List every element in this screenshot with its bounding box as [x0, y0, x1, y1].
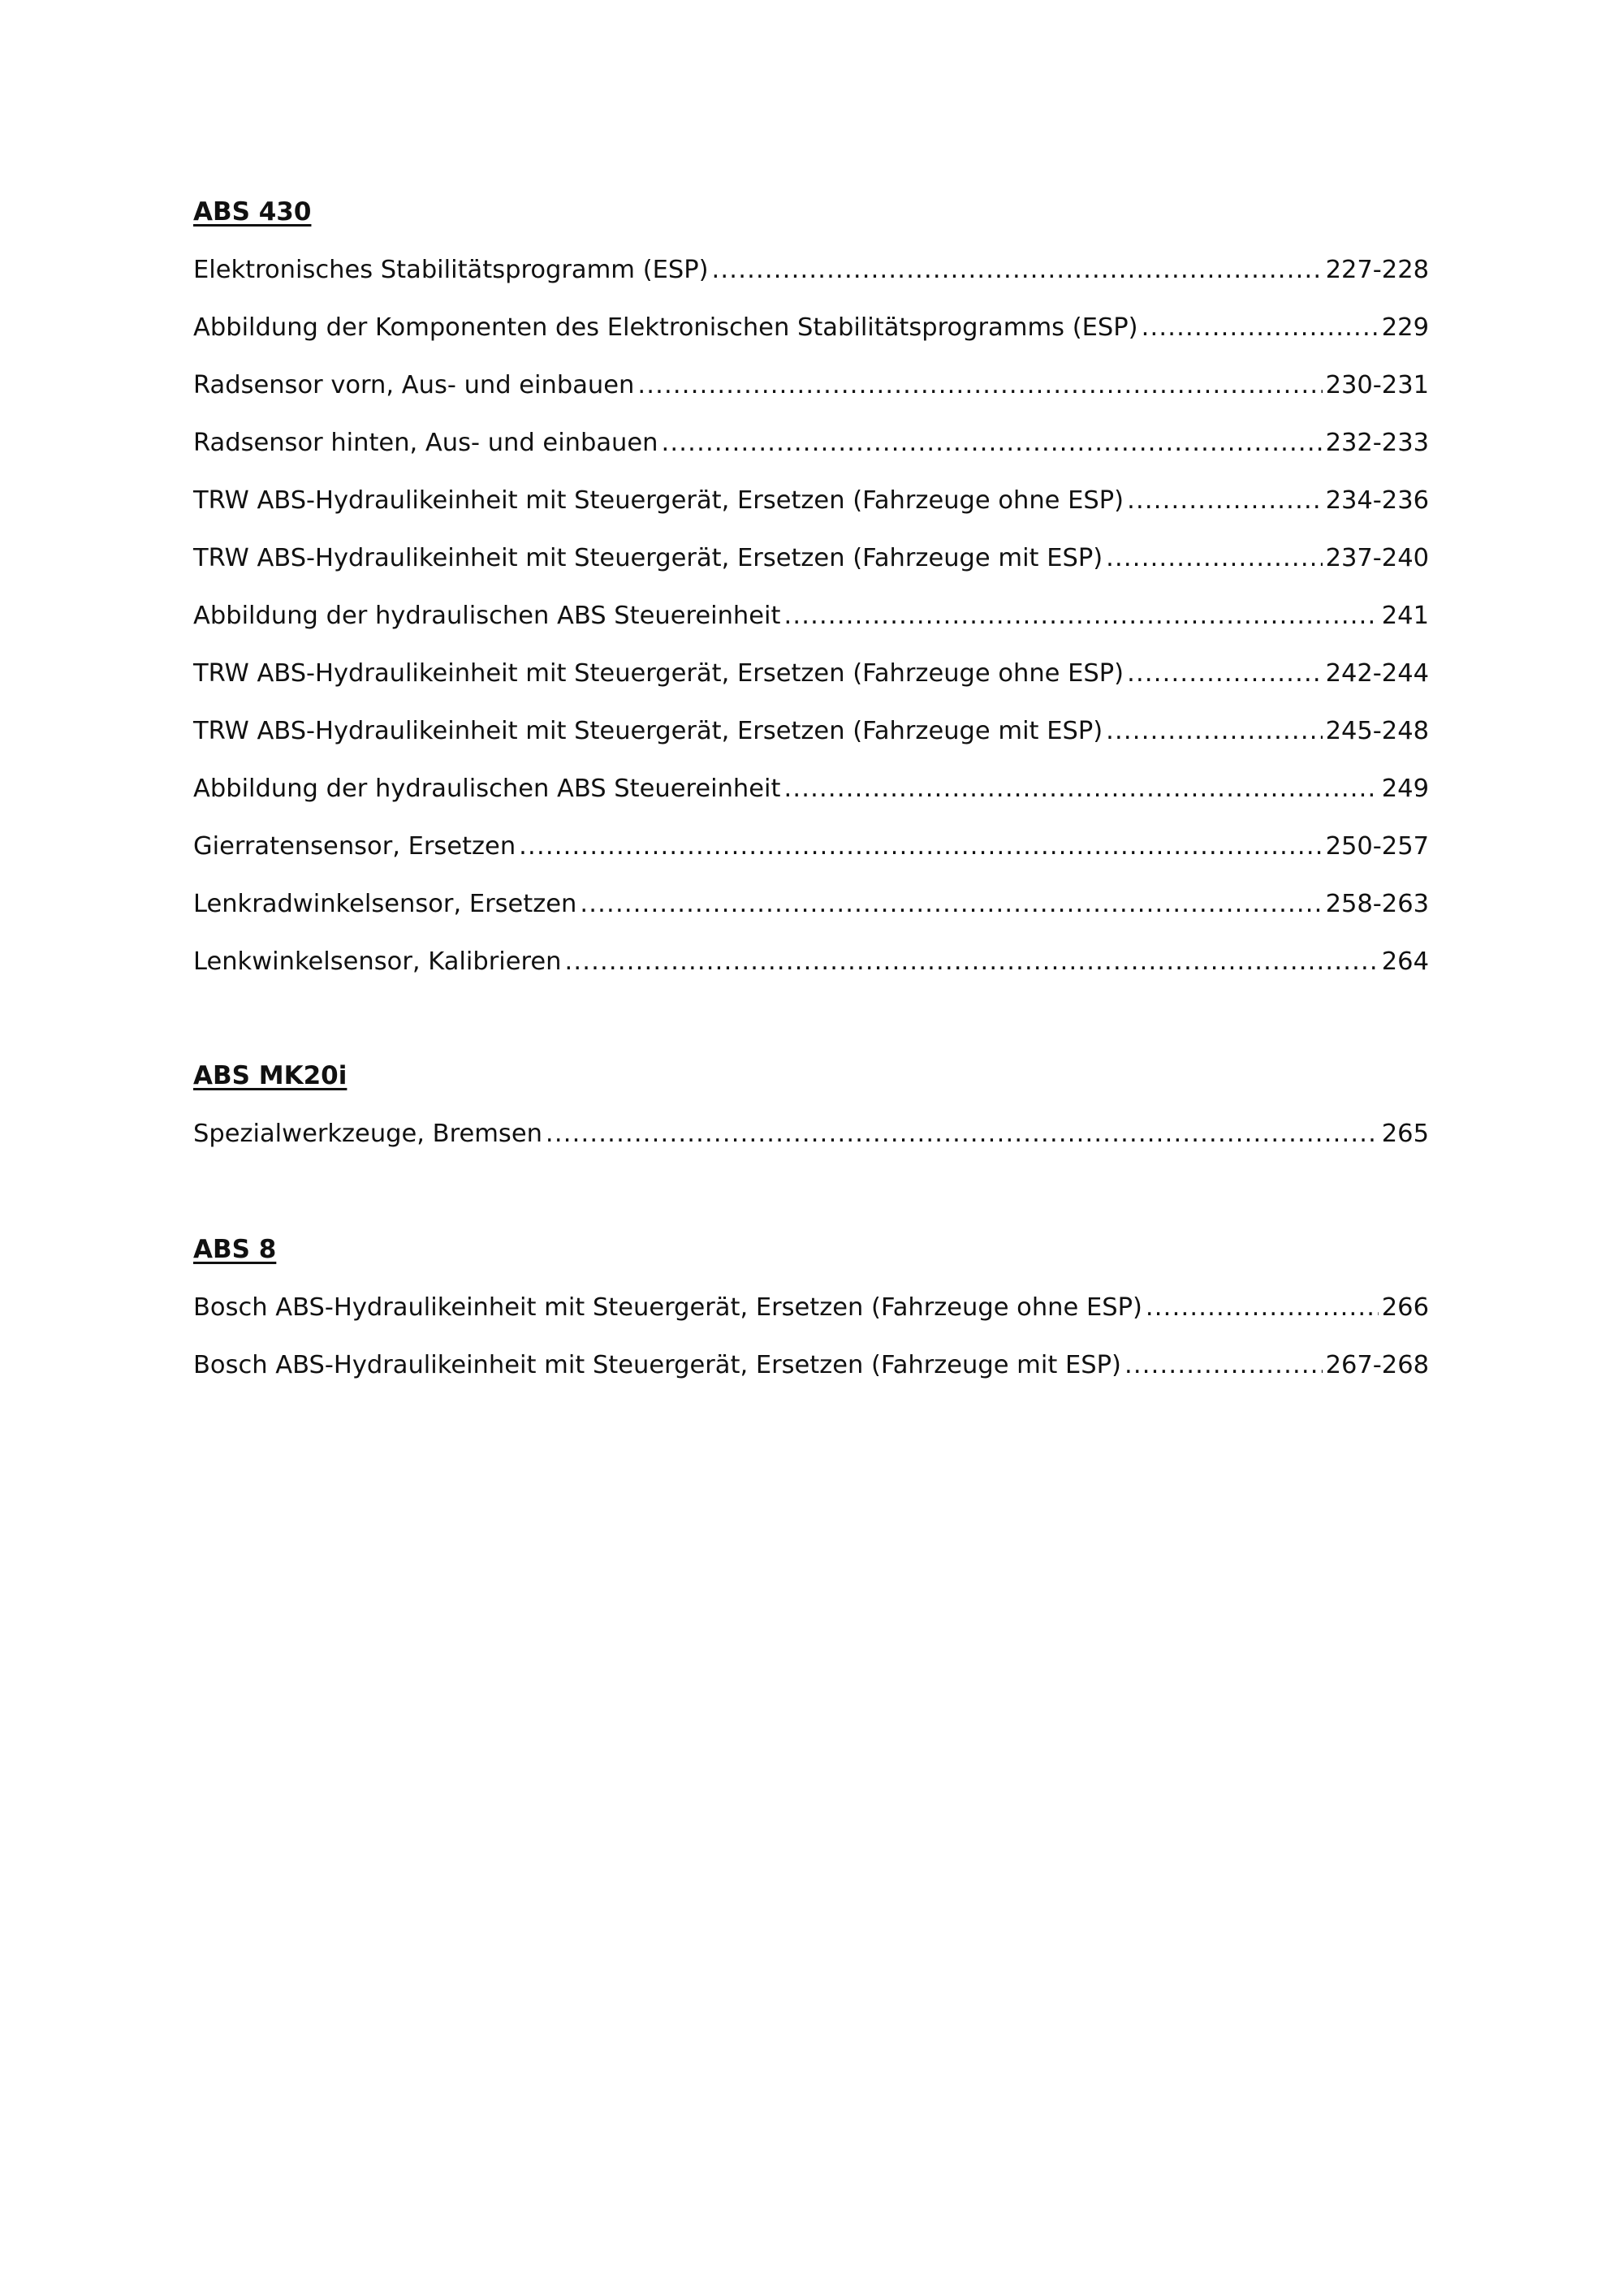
toc-entry[interactable]: TRW ABS-Hydraulikeinheit mit Steuergerät… [193, 546, 1429, 572]
toc-entry-title: TRW ABS-Hydraulikeinheit mit Steuergerät… [193, 719, 1103, 744]
toc-entry-pages: 266 [1382, 1296, 1429, 1321]
toc-entry-pages: 265 [1382, 1122, 1429, 1147]
toc-entry-pages: 230-231 [1326, 373, 1429, 399]
toc-entry[interactable]: TRW ABS-Hydraulikeinheit mit Steuergerät… [193, 662, 1429, 687]
dot-leader [564, 950, 1378, 975]
toc-entry-title: Abbildung der Komponenten des Elektronis… [193, 316, 1138, 341]
toc-entry-pages: 241 [1382, 604, 1429, 629]
toc-entry-title: Gierratensensor, Ersetzen [193, 835, 516, 860]
dot-leader [637, 373, 1322, 399]
toc-entry-pages: 249 [1382, 777, 1429, 802]
dot-leader [783, 777, 1378, 802]
section-heading: ABS MK20i [193, 1064, 347, 1089]
toc-entry-pages: 258-263 [1326, 892, 1429, 917]
toc-entry-pages: 264 [1382, 950, 1429, 975]
toc-entry[interactable]: Lenkradwinkelsensor, Ersetzen258-263 [193, 892, 1429, 917]
toc-entry-title: Radsensor vorn, Aus- und einbauen [193, 373, 634, 399]
toc-entry[interactable]: Bosch ABS-Hydraulikeinheit mit Steuerger… [193, 1296, 1429, 1321]
toc-entry-title: Elektronisches Stabilitätsprogramm (ESP) [193, 258, 709, 283]
toc-entry[interactable]: Radsensor vorn, Aus- und einbauen230-231 [193, 373, 1429, 399]
toc-entry[interactable]: Abbildung der hydraulischen ABS Steuerei… [193, 604, 1429, 629]
toc-entry-title: Bosch ABS-Hydraulikeinheit mit Steuerger… [193, 1296, 1142, 1321]
dot-leader [1106, 719, 1322, 744]
toc-entry[interactable]: Radsensor hinten, Aus- und einbauen232-2… [193, 431, 1429, 456]
toc-entry[interactable]: TRW ABS-Hydraulikeinheit mit Steuergerät… [193, 719, 1429, 744]
toc-entry-pages: 250-257 [1326, 835, 1429, 860]
dot-leader [1146, 1296, 1379, 1321]
toc-entry[interactable]: Abbildung der Komponenten des Elektronis… [193, 316, 1429, 341]
dot-leader [1142, 316, 1379, 341]
dot-leader [580, 892, 1322, 917]
toc-entry[interactable]: Gierratensensor, Ersetzen250-257 [193, 835, 1429, 860]
toc-entry-title: Radsensor hinten, Aus- und einbauen [193, 431, 658, 456]
toc-entry[interactable]: Lenkwinkelsensor, Kalibrieren264 [193, 950, 1429, 975]
section-heading: ABS 430 [193, 200, 311, 225]
section-heading: ABS 8 [193, 1237, 276, 1262]
toc-entry-pages: 229 [1382, 316, 1429, 341]
toc-entry-title: Spezialwerkzeuge, Bremsen [193, 1122, 542, 1147]
toc-entry-title: TRW ABS-Hydraulikeinheit mit Steuergerät… [193, 546, 1103, 572]
toc-entry-pages: 232-233 [1326, 431, 1429, 456]
toc-entry[interactable]: TRW ABS-Hydraulikeinheit mit Steuergerät… [193, 489, 1429, 514]
toc-entry-title: TRW ABS-Hydraulikeinheit mit Steuergerät… [193, 662, 1124, 687]
toc-entry[interactable]: Elektronisches Stabilitätsprogramm (ESP)… [193, 258, 1429, 283]
toc-entry[interactable]: Spezialwerkzeuge, Bremsen265 [193, 1122, 1429, 1147]
toc-entry[interactable]: Abbildung der hydraulischen ABS Steuerei… [193, 777, 1429, 802]
toc-entry[interactable]: Bosch ABS-Hydraulikeinheit mit Steuerger… [193, 1353, 1429, 1379]
toc-entry-pages: 227-228 [1326, 258, 1429, 283]
toc-entry-title: Lenkradwinkelsensor, Ersetzen [193, 892, 576, 917]
dot-leader [1127, 489, 1323, 514]
toc-entry-title: Lenkwinkelsensor, Kalibrieren [193, 950, 561, 975]
toc-entry-pages: 237-240 [1326, 546, 1429, 572]
toc-entry-pages: 242-244 [1326, 662, 1429, 687]
toc-entry-title: Abbildung der hydraulischen ABS Steuerei… [193, 777, 780, 802]
dot-leader [661, 431, 1322, 456]
toc-entry-title: Bosch ABS-Hydraulikeinheit mit Steuerger… [193, 1353, 1121, 1379]
dot-leader [519, 835, 1322, 860]
dot-leader [783, 604, 1378, 629]
dot-leader [712, 258, 1323, 283]
dot-leader [1127, 662, 1323, 687]
toc-entry-pages: 245-248 [1326, 719, 1429, 744]
toc-entry-title: Abbildung der hydraulischen ABS Steuerei… [193, 604, 780, 629]
toc-entry-pages: 267-268 [1326, 1353, 1429, 1379]
dot-leader [1106, 546, 1322, 572]
dot-leader [546, 1122, 1379, 1147]
toc-entry-pages: 234-236 [1326, 489, 1429, 514]
toc-entry-title: TRW ABS-Hydraulikeinheit mit Steuergerät… [193, 489, 1124, 514]
dot-leader [1124, 1353, 1323, 1379]
